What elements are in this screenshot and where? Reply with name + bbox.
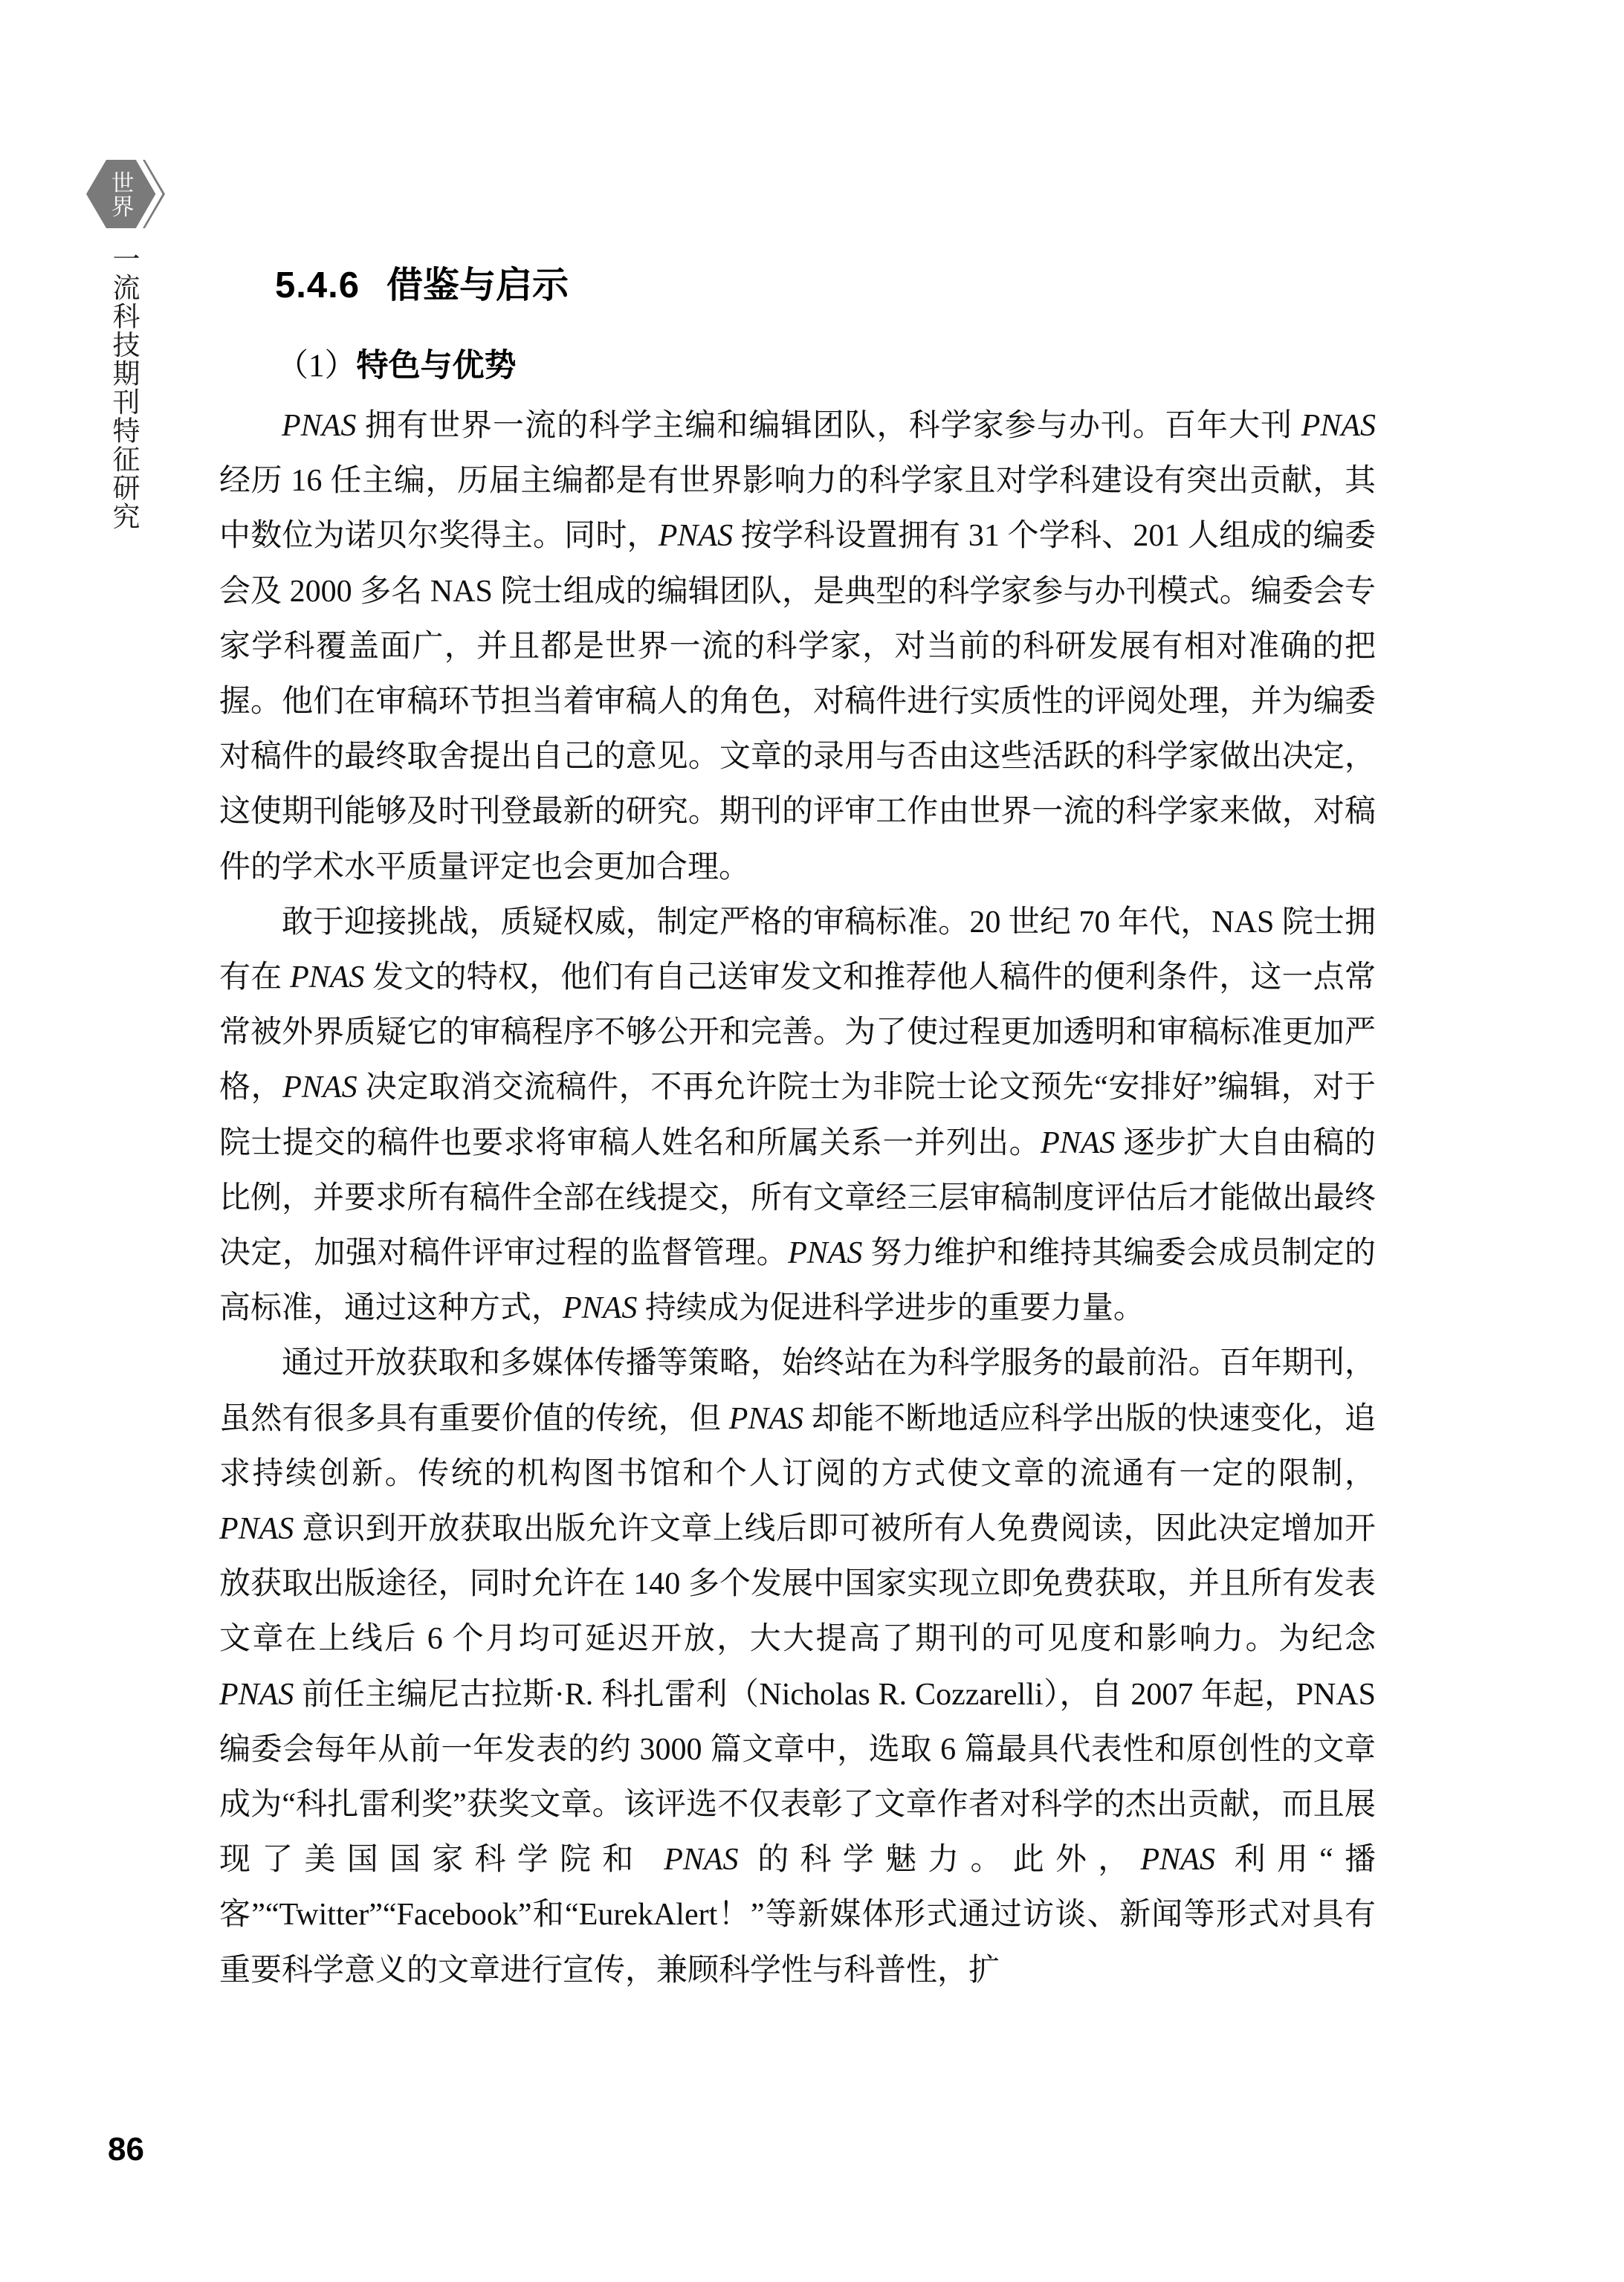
body-text: PNAS 拥有世界一流的科学主编和编辑团队，科学家参与办刊。百年大刊 PNAS … [219,398,1376,1998]
section-title: 借鉴与启示 [386,265,569,306]
paragraph: 敢于迎接挑战，质疑权威，制定严格的审稿标准。20 世纪 70 年代，NAS 院士… [219,895,1376,1336]
series-vertical-title: 一流科技期刊特征研究 [109,245,137,531]
paragraph: 通过开放获取和多媒体传播等策略，始终站在为科学服务的最前沿。百年期刊，虽然有很多… [219,1336,1376,1997]
badge-char-2: 界 [111,194,135,220]
page-number: 86 [108,2132,144,2168]
book-page: 世 界 一流科技期刊特征研究 5.4.6借鉴与启示 （1）特色与优势 PNAS … [0,0,1624,2282]
series-badge: 世 界 [86,158,165,230]
paragraph: PNAS 拥有世界一流的科学主编和编辑团队，科学家参与办刊。百年大刊 PNAS … [219,398,1376,895]
section-number: 5.4.6 [275,265,360,306]
section-heading: 5.4.6借鉴与启示 [275,265,569,306]
subheading-marker: （1） [276,349,357,384]
subheading-title: 特色与优势 [357,348,517,384]
sub-heading: （1）特色与优势 [276,347,517,385]
badge-char-1: 世 [111,170,135,196]
